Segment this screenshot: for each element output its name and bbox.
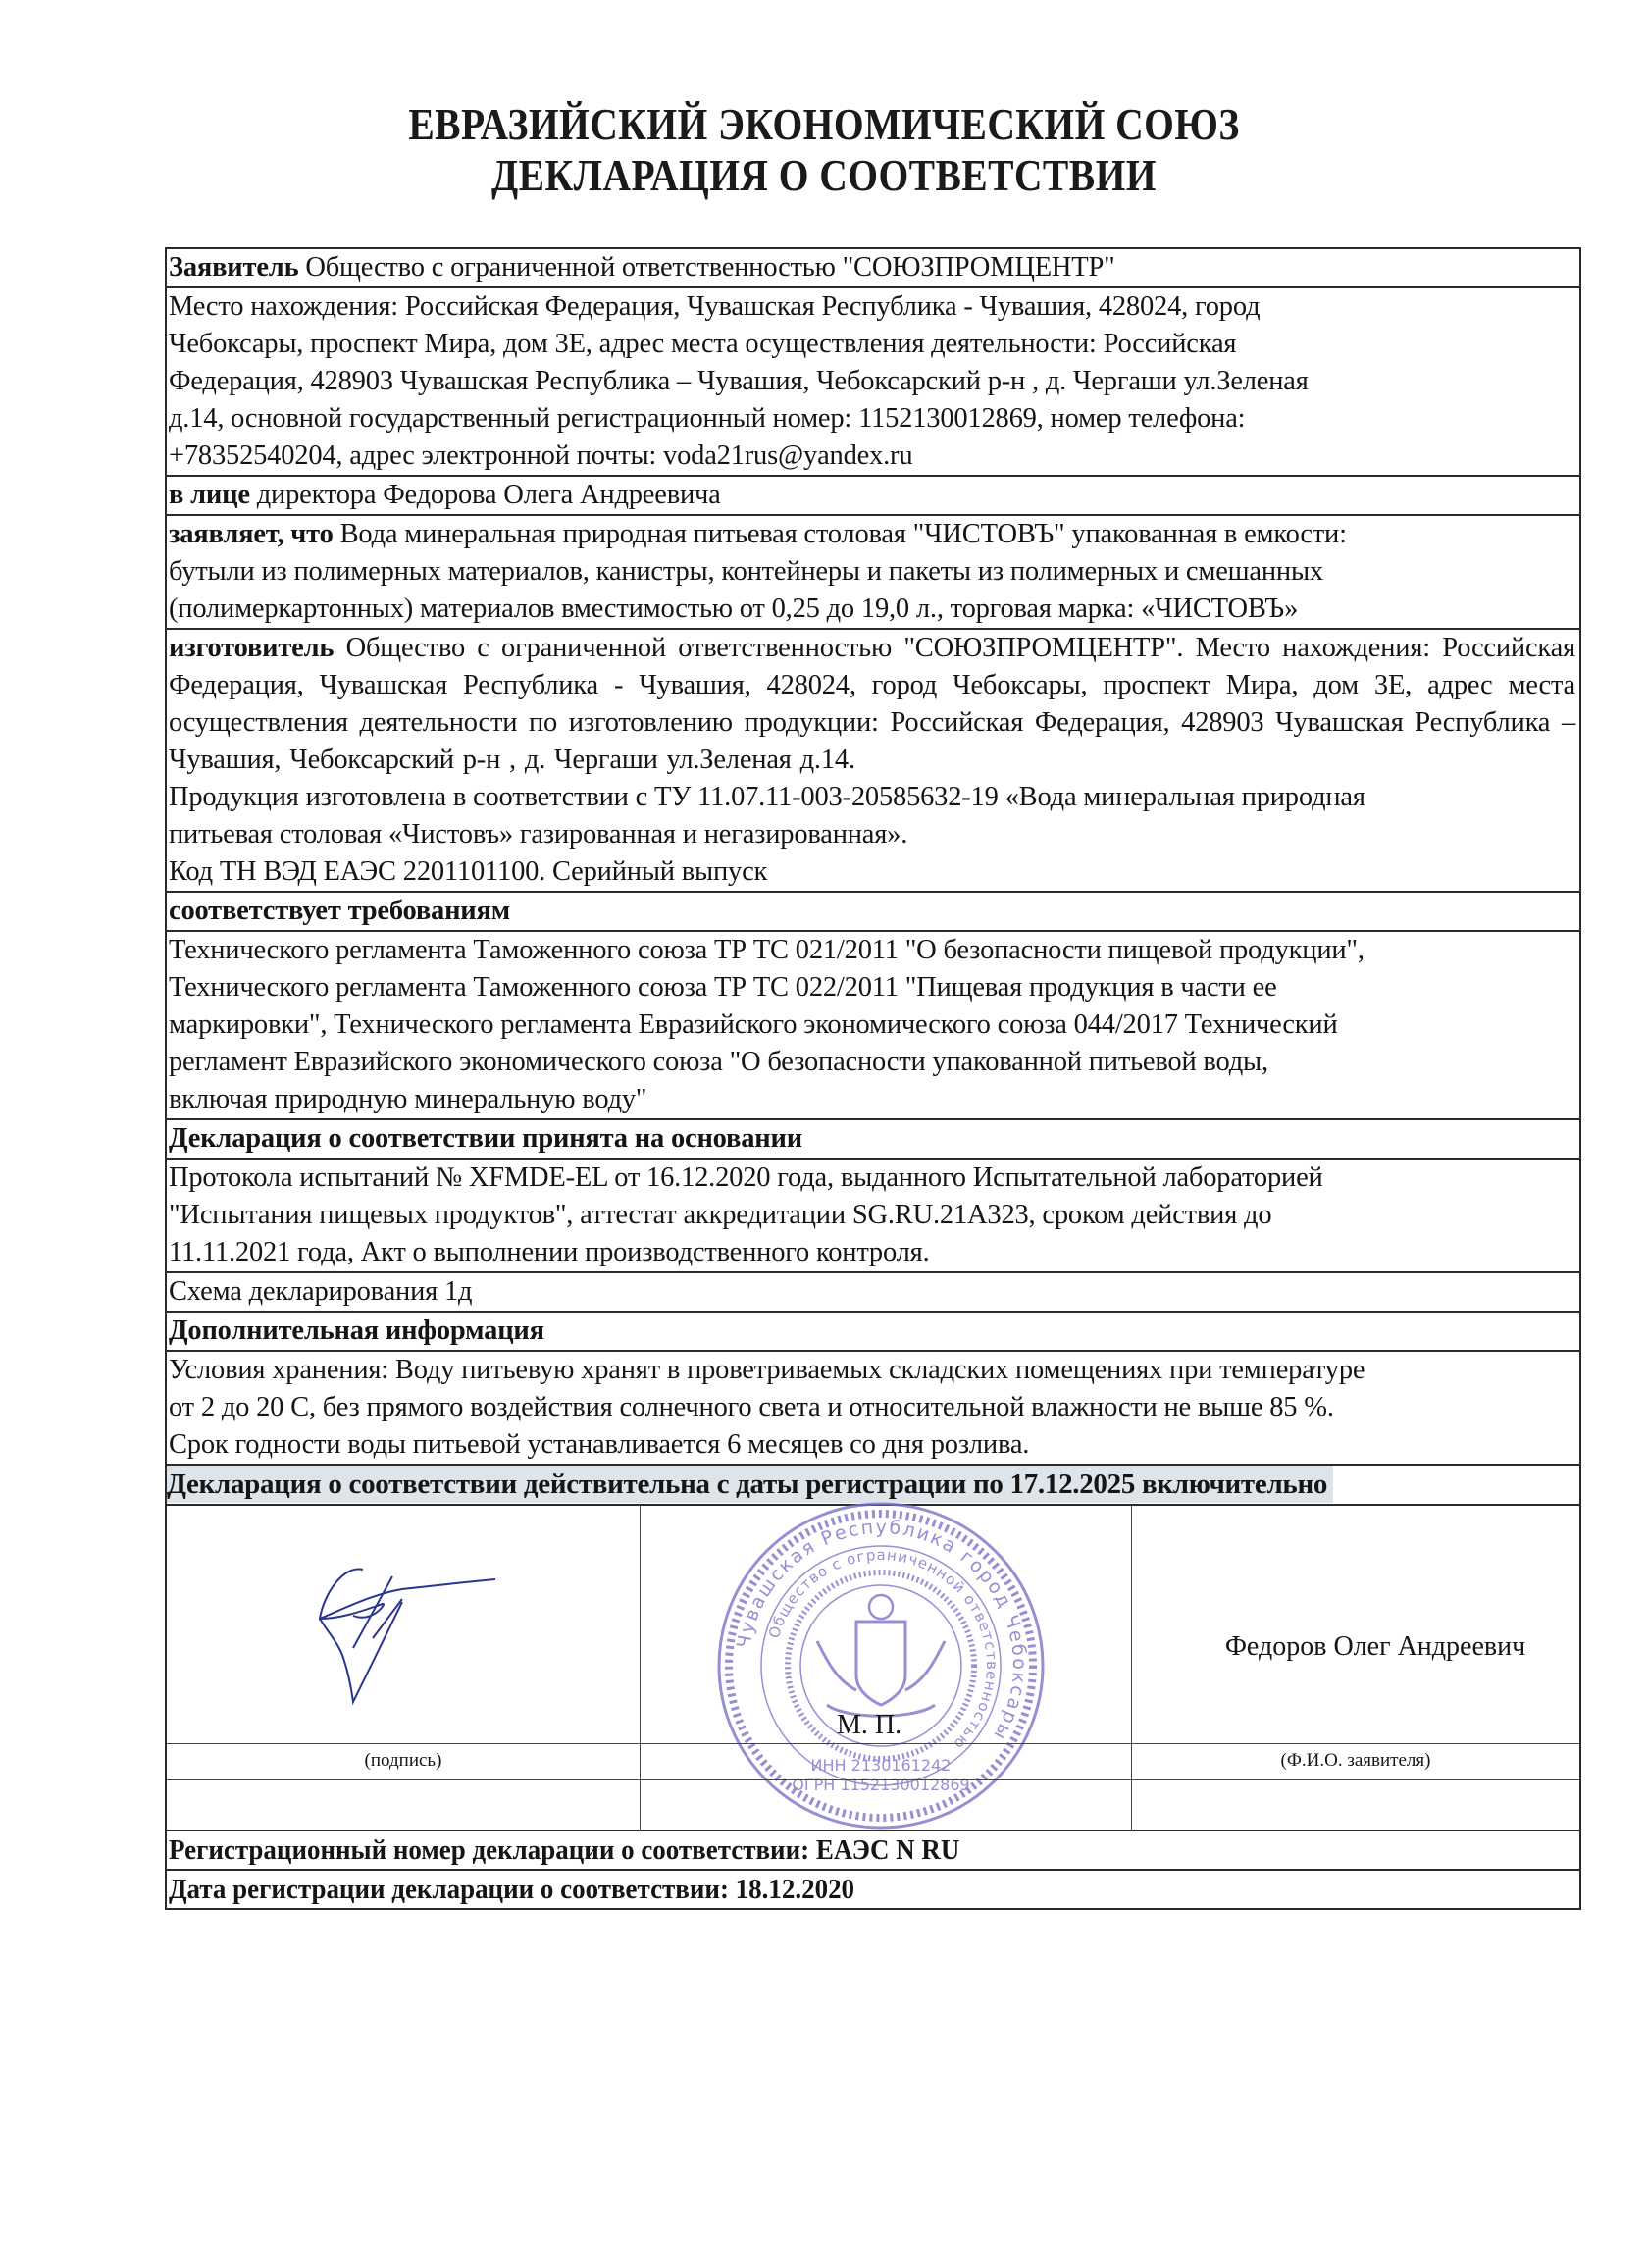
company-seal-icon: Чувашская Республика город Чебоксары Общ… (709, 1494, 1053, 1837)
additional-line: Срок годности воды питьевой устанавливае… (169, 1426, 1575, 1464)
signature-caption: (подпись) (167, 1743, 640, 1780)
registration-number-row: Регистрационный номер декларации о соотв… (167, 1830, 1579, 1869)
applicant-address-row: Место нахождения: Российская Федерация, … (167, 286, 1579, 475)
signature-area: (подпись) Чувашская Республика город Чеб… (167, 1504, 1579, 1830)
declares-row: заявляет, что Вода минеральная природная… (167, 514, 1579, 628)
stamp-caption-blank (641, 1743, 1131, 1780)
represented-by-row: в лице директора Федорова Олега Андрееви… (167, 475, 1579, 514)
basis-line: Протокола испытаний № XFMDE-EL от 16.12.… (169, 1160, 1575, 1197)
declares-line: (полимеркартонных) материалов вместимост… (169, 591, 1575, 628)
registration-date-row: Дата регистрации декларации о соответств… (167, 1869, 1579, 1910)
address-line: Чебоксары, проспект Мира, дом 3Е, адрес … (169, 326, 1575, 363)
address-line: +78352540204, адрес электронной почты: v… (169, 438, 1575, 475)
requirements-label: соответствует требованиям (167, 891, 1579, 930)
requirement-line: маркировки", Технического регламента Евр… (169, 1006, 1575, 1044)
additional-line: от 2 до 20 С, без прямого воздействия со… (169, 1389, 1575, 1426)
basis-label: Декларация о соответствии принята на осн… (167, 1118, 1579, 1158)
additional-line: Условия хранения: Воду питьевую хранят в… (169, 1352, 1575, 1389)
stamp-place-label: М. П. (837, 1710, 901, 1741)
tu-line: питьевая столовая «Чистовъ» газированная… (169, 816, 1575, 853)
tu-line: Продукция изготовлена в соответствии с Т… (169, 779, 1575, 816)
requirement-line: регламент Евразийского экономического со… (169, 1044, 1575, 1081)
address-line: д.14, основной государственный регистрац… (169, 400, 1575, 438)
declaration-form: Заявитель Общество с ограниченной ответс… (165, 247, 1581, 1910)
address-line: Место нахождения: Российская Федерация, … (169, 288, 1575, 326)
declaration-scheme: Схема декларирования 1д (167, 1271, 1579, 1311)
additional-info-label: Дополнительная информация (167, 1311, 1579, 1350)
applicant-name-cell: Федоров Олег Андреевич (Ф.И.О. заявителя… (1132, 1506, 1579, 1830)
stamp-cell: Чувашская Республика город Чебоксары Общ… (641, 1506, 1132, 1830)
basis-row: Протокола испытаний № XFMDE-EL от 16.12.… (167, 1158, 1579, 1271)
registration-date: Дата регистрации декларации о соответств… (169, 1871, 854, 1908)
declares-line: Вода минеральная природная питьевая стол… (334, 519, 1347, 549)
requirements-row: Технического регламента Таможенного союз… (167, 930, 1579, 1118)
manufacturer-text: Общество с ограниченной ответственностью… (169, 633, 1575, 775)
basis-line: 11.11.2021 года, Акт о выполнении произв… (169, 1234, 1575, 1271)
represented-by-value: директора Федорова Олега Андреевича (250, 480, 721, 510)
requirement-line: включая природную минеральную воду" (169, 1081, 1575, 1118)
address-line: Федерация, 428903 Чувашская Республика –… (169, 363, 1575, 400)
declares-line: бутыли из полимерных материалов, канистр… (169, 553, 1575, 591)
document-title-union: ЕВРАЗИЙСКИЙ ЭКОНОМИЧЕСКИЙ СОЮЗ (116, 98, 1533, 150)
registration-number: Регистрационный номер декларации о соотв… (169, 1831, 959, 1869)
signature-cell: (подпись) (167, 1506, 641, 1830)
additional-info-row: Условия хранения: Воду питьевую хранят в… (167, 1350, 1579, 1464)
basis-line: "Испытания пищевых продуктов", аттестат … (169, 1197, 1575, 1234)
name-caption: (Ф.И.О. заявителя) (1132, 1743, 1579, 1780)
requirement-line: Технического регламента Таможенного союз… (169, 969, 1575, 1006)
requirement-line: Технического регламента Таможенного союз… (169, 932, 1575, 969)
handwritten-signature-icon (314, 1565, 510, 1712)
applicant-full-name: Федоров Олег Андреевич (1132, 1631, 1579, 1663)
applicant-value: Общество с ограниченной ответственностью… (298, 252, 1114, 283)
declares-label: заявляет, что (169, 519, 334, 549)
manufacturer-row: изготовитель Общество с ограниченной отв… (167, 628, 1579, 891)
hs-code: Код ТН ВЭД ЕАЭС 2201101100. Серийный вып… (169, 853, 1575, 891)
manufacturer-label: изготовитель (169, 633, 334, 663)
represented-by-label: в лице (169, 480, 250, 510)
applicant-label: Заявитель (169, 252, 298, 283)
applicant-row: Заявитель Общество с ограниченной ответс… (167, 247, 1579, 286)
document-title-declaration: ДЕКЛАРАЦИЯ О СООТВЕТСТВИИ (116, 149, 1533, 201)
